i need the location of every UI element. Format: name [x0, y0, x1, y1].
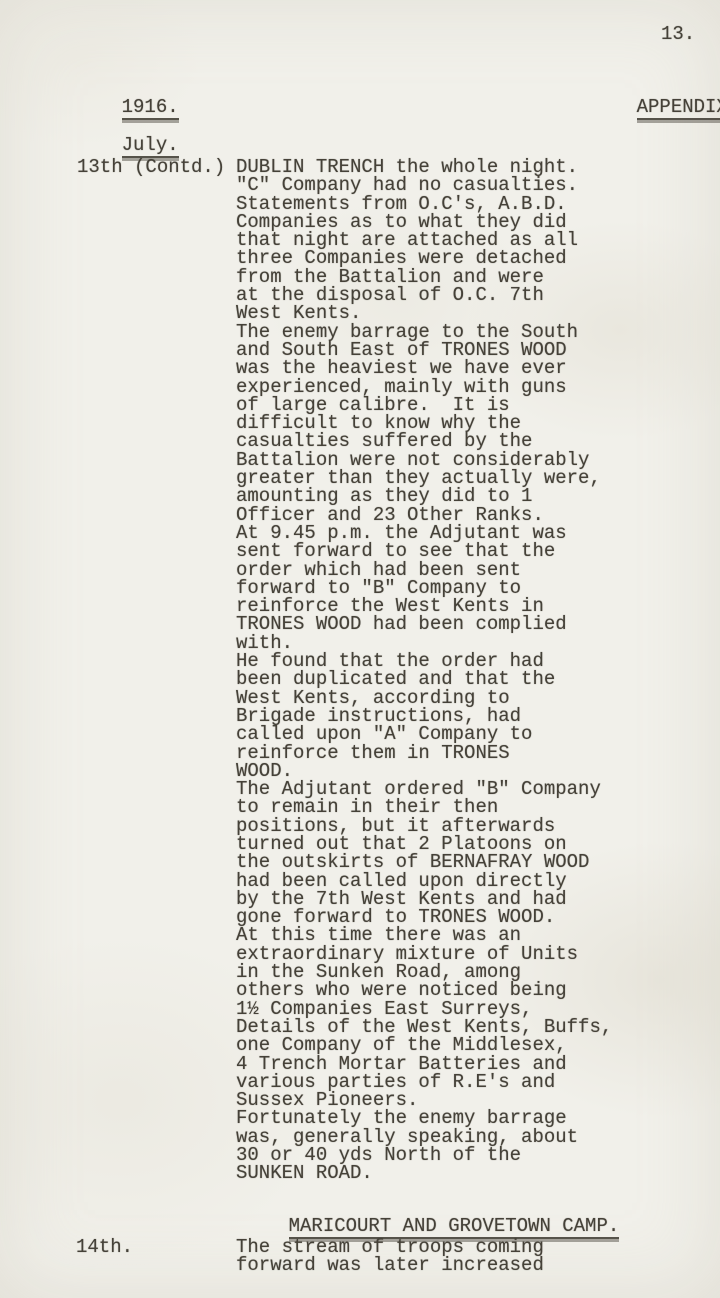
entry-body-14th: The stream of troops coming forward was … [236, 1238, 544, 1275]
entry-date-13th: 13th (Contd.) [77, 158, 225, 176]
document-page: 13. 1916. APPENDIX. July. 13th (Contd.) … [0, 0, 720, 1298]
year-label-text: 1916. [122, 98, 179, 119]
entry-body-13th: DUBLIN TRENCH the whole night. "C" Compa… [236, 158, 612, 1183]
page-number: 13. [661, 25, 695, 43]
appendix-label-text: APPENDIX. [637, 98, 720, 119]
entry-date-14th: 14th. [76, 1238, 133, 1256]
appendix-label: APPENDIX. [591, 80, 720, 138]
month-label-text: July. [122, 136, 179, 157]
